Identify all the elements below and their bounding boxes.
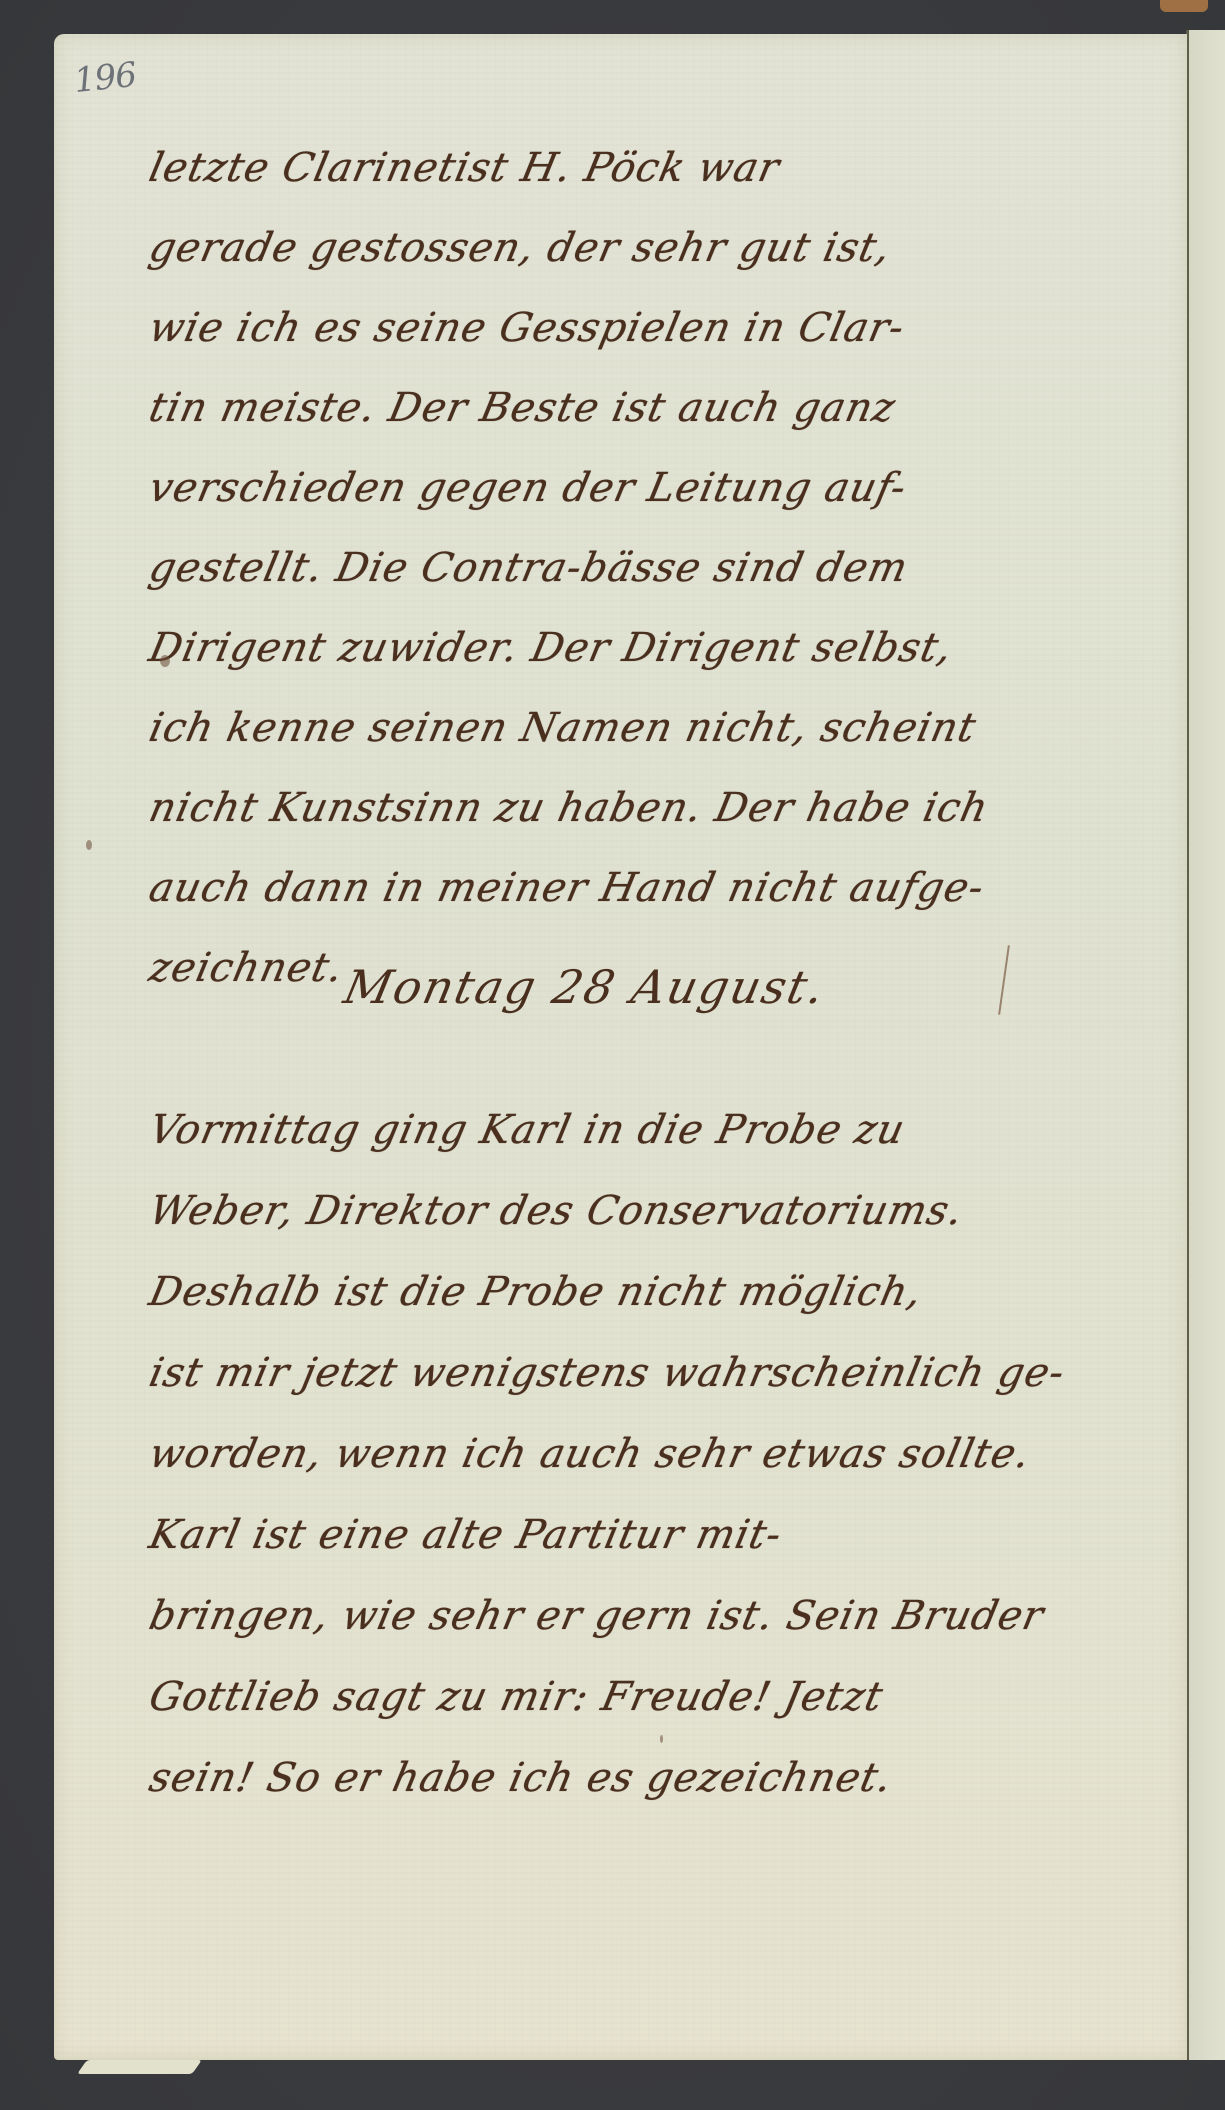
ink-spot — [86, 840, 92, 850]
binding-tape — [1160, 0, 1208, 12]
text-line: bringen, wie sehr er gern ist. Sein Brud… — [141, 1576, 1118, 1657]
date-heading: Montag 28 August. — [339, 960, 831, 1014]
text-line: auch dann in meiner Hand nicht aufge- — [141, 848, 1118, 928]
text-line: Deshalb ist die Probe nicht möglich, — [141, 1252, 1118, 1333]
text-line: ich kenne seinen Namen nicht, scheint — [141, 688, 1118, 768]
text-section-2: Vormittag ging Karl in die Probe zu Webe… — [150, 1090, 1110, 1819]
adjacent-page-edge — [1189, 30, 1225, 2060]
text-line: Vormittag ging Karl in die Probe zu — [141, 1090, 1118, 1171]
text-line: nicht Kunstsinn zu haben. Der habe ich — [141, 768, 1118, 848]
text-line: tin meiste. Der Beste ist auch ganz — [141, 368, 1118, 448]
text-line: gestellt. Die Contra-bässe sind dem — [141, 528, 1118, 608]
text-line: gerade gestossen, der sehr gut ist, — [141, 208, 1118, 288]
folio-number: 196 — [72, 55, 138, 101]
text-line: Weber, Direktor des Conservatoriums. — [141, 1171, 1118, 1252]
text-line: verschieden gegen der Leitung auf- — [141, 448, 1118, 528]
ink-spot — [160, 655, 170, 667]
text-line: worden, wenn ich auch sehr etwas sollte. — [141, 1414, 1118, 1495]
text-line: Dirigent zuwider. Der Dirigent selbst, — [141, 608, 1118, 688]
text-line: ist mir jetzt wenigstens wahrscheinlich … — [141, 1333, 1118, 1414]
text-line: Gottlieb sagt zu mir: Freude! Jetzt — [141, 1657, 1118, 1738]
text-line: letzte Clarinetist H. Pöck war — [141, 128, 1118, 208]
text-line: wie ich es seine Gesspielen in Clar- — [141, 288, 1118, 368]
text-section-1: letzte Clarinetist H. Pöck war gerade ge… — [150, 128, 1110, 1008]
text-line: sein! So er habe ich es gezeichnet. — [141, 1738, 1118, 1819]
ink-spot — [660, 1735, 663, 1743]
torn-paper-flap — [77, 2060, 202, 2074]
text-line: Karl ist eine alte Partitur mit- — [141, 1495, 1118, 1576]
